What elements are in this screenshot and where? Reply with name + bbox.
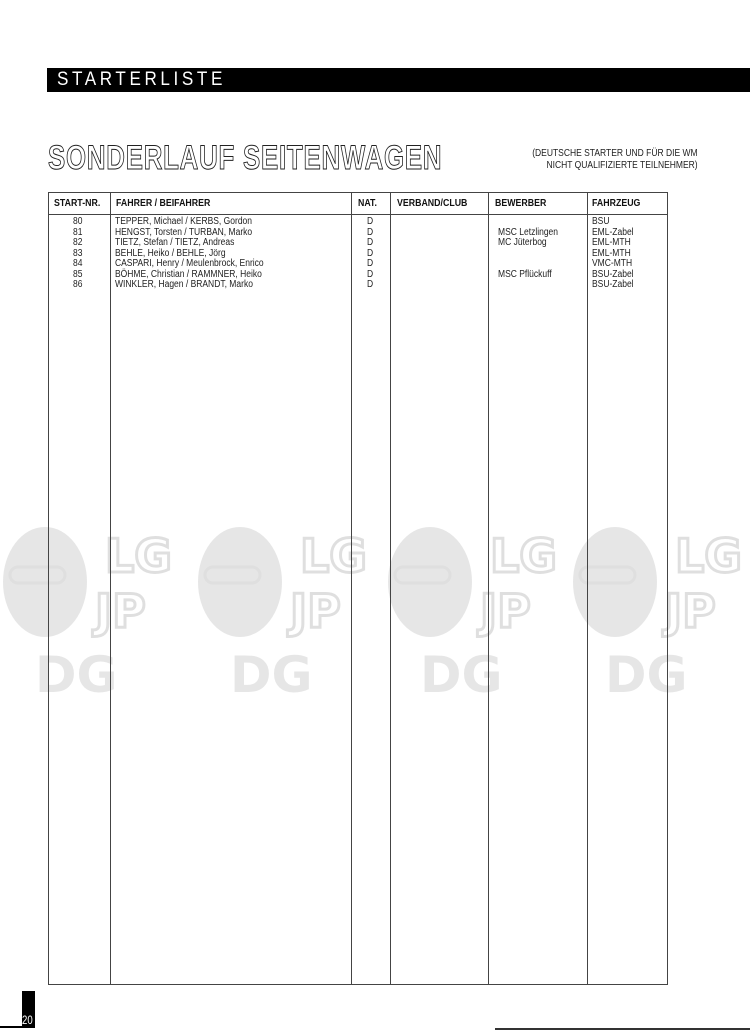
scan-edge-mark (495, 1028, 750, 1030)
event-note-line-1: (DEUTSCHE STARTER UND FÜR DIE WM (533, 148, 698, 160)
column-divider (110, 193, 111, 984)
column-divider (390, 193, 391, 984)
cell-bewerber: MC Jüterbog (498, 238, 547, 249)
section-title: STARTERLISTE (57, 69, 226, 91)
cell-nat: D (367, 280, 373, 291)
section-header-bar: STARTERLISTE (47, 68, 750, 92)
header-divider (49, 214, 667, 215)
starter-table: START-NR. FAHRER / BEIFAHRER NAT. VERBAN… (48, 192, 668, 985)
header-verband: VERBAND/CLUB (397, 198, 467, 209)
cell-fahrzeug: BSU-Zabel (592, 280, 634, 291)
header-fahrzeug: FAHRZEUG (592, 198, 640, 209)
event-note-line-2: NICHT QUALIFIZIERTE TEILNEHMER) (533, 160, 698, 172)
event-note: (DEUTSCHE STARTER UND FÜR DIE WM NICHT Q… (533, 148, 698, 172)
svg-text:JP: JP (662, 584, 716, 638)
header-start-nr: START-NR. (54, 198, 100, 209)
table-row: 86WINKLER, Hagen / BRANDT, MarkoDBSU-Zab… (49, 280, 667, 291)
scan-edge-mark (0, 1026, 30, 1028)
svg-text:LG: LG (675, 529, 742, 583)
column-divider (587, 193, 588, 984)
cell-start-nr: 86 (73, 280, 82, 291)
page-number: 20 (22, 1013, 33, 1027)
header-nat: NAT. (358, 198, 377, 209)
event-title: SONDERLAUF SEITENWAGEN (48, 138, 442, 178)
header-bewerber: BEWERBER (495, 198, 546, 209)
cell-fahrer: WINKLER, Hagen / BRANDT, Marko (115, 280, 253, 291)
header-fahrer: FAHRER / BEIFAHRER (116, 198, 210, 209)
cell-bewerber: MSC Pflückuff (498, 270, 552, 281)
column-divider (351, 193, 352, 984)
column-divider (488, 193, 489, 984)
